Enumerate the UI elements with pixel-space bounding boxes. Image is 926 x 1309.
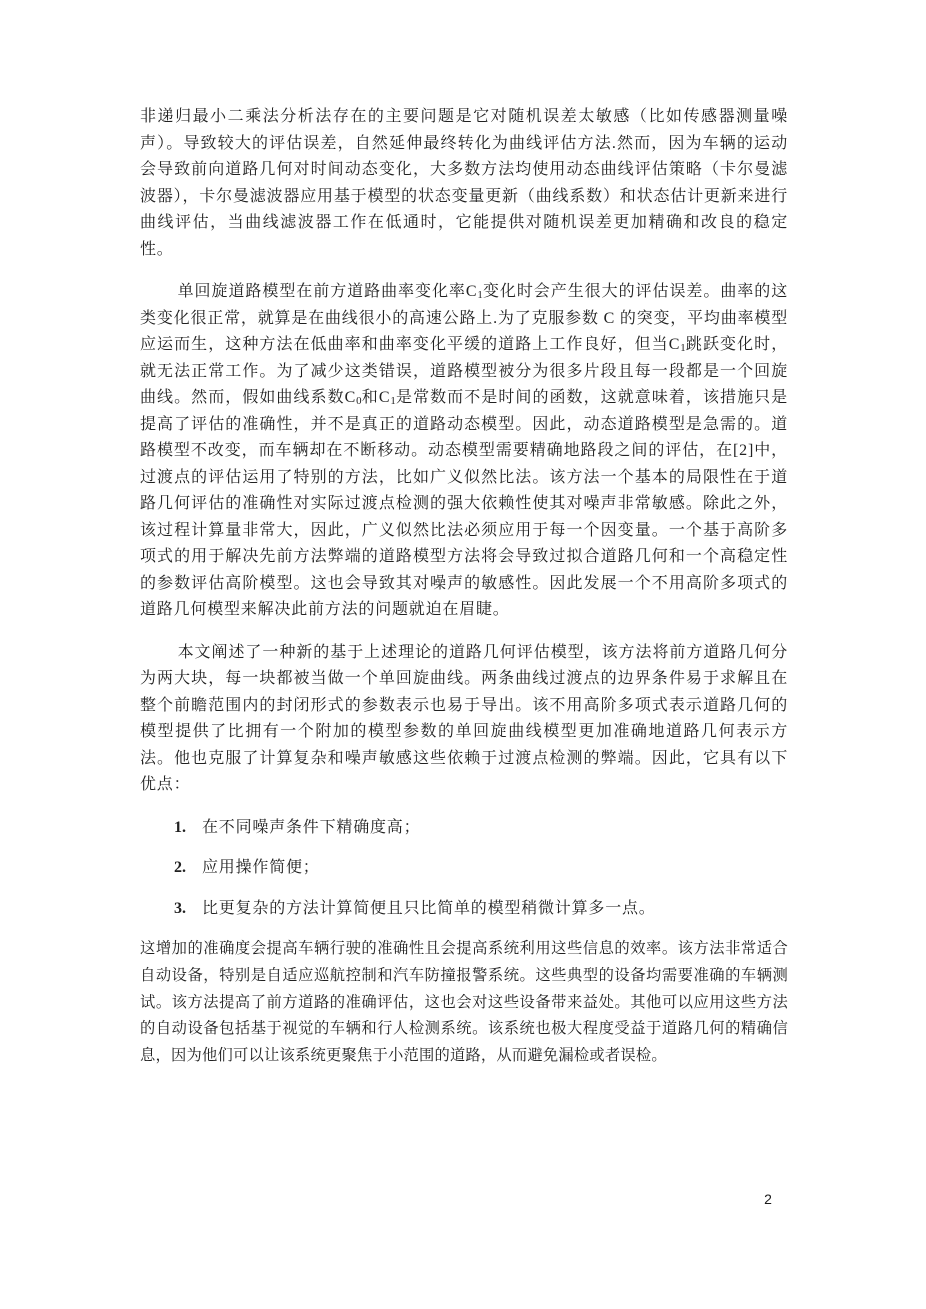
text-run: 这增加的准确度会提高车辆行驶的准确性且会提高系统利用这些信息的效率。该方法非常适… <box>140 940 788 1064</box>
list-item-text: 应用操作简便； <box>202 855 788 882</box>
page-number: 2 <box>744 1191 792 1207</box>
text-run: 和C <box>362 389 391 406</box>
text-run: 非递归最小二乘法分析法存在的主要问题是它对随机误差太敏感（比如传感器测量噪声）。… <box>140 108 788 258</box>
text-run: 比更复杂的方法计算简便且只比简单的模型稍微计算多一点。 <box>202 900 656 917</box>
paragraph: 这增加的准确度会提高车辆行驶的准确性且会提高系统利用这些信息的效率。该方法非常适… <box>140 936 788 1070</box>
list-item: 1.在不同噪声条件下精确度高； <box>140 815 788 842</box>
document-page: 非递归最小二乘法分析法存在的主要问题是它对随机误差太敏感（比如传感器测量噪声）。… <box>0 0 926 1309</box>
text-run: 在不同噪声条件下精确度高； <box>202 819 420 836</box>
text-run: 单回旋道路模型在前方道路曲率变化率C <box>178 283 478 300</box>
list-item-text: 在不同噪声条件下精确度高； <box>202 815 788 842</box>
list-item-number: 1. <box>174 815 202 842</box>
text-run: 本文阐述了一种新的基于上述理论的道路几何评估模型，该方法将前方道路几何分为两大块… <box>140 644 788 794</box>
list-item: 2.应用操作简便； <box>140 855 788 882</box>
paragraph: 单回旋道路模型在前方道路曲率变化率C1变化时会产生很大的评估误差。曲率的这类变化… <box>140 279 788 624</box>
paragraph: 本文阐述了一种新的基于上述理论的道路几何评估模型，该方法将前方道路几何分为两大块… <box>140 640 788 799</box>
document-body: 非递归最小二乘法分析法存在的主要问题是它对随机误差太敏感（比如传感器测量噪声）。… <box>140 104 788 1086</box>
list-item-number: 2. <box>174 855 202 882</box>
text-run: 应用操作简便； <box>202 859 320 876</box>
list-item: 3.比更复杂的方法计算简便且只比简单的模型稍微计算多一点。 <box>140 896 788 923</box>
list-item-number: 3. <box>174 896 202 923</box>
list-item-text: 比更复杂的方法计算简便且只比简单的模型稍微计算多一点。 <box>202 896 788 923</box>
text-run: 是常数而不是时间的函数，这就意味着，该措施只是提高了评估的准确性，并不是真正的道… <box>140 389 788 618</box>
paragraph: 非递归最小二乘法分析法存在的主要问题是它对随机误差太敏感（比如传感器测量噪声）。… <box>140 104 788 263</box>
